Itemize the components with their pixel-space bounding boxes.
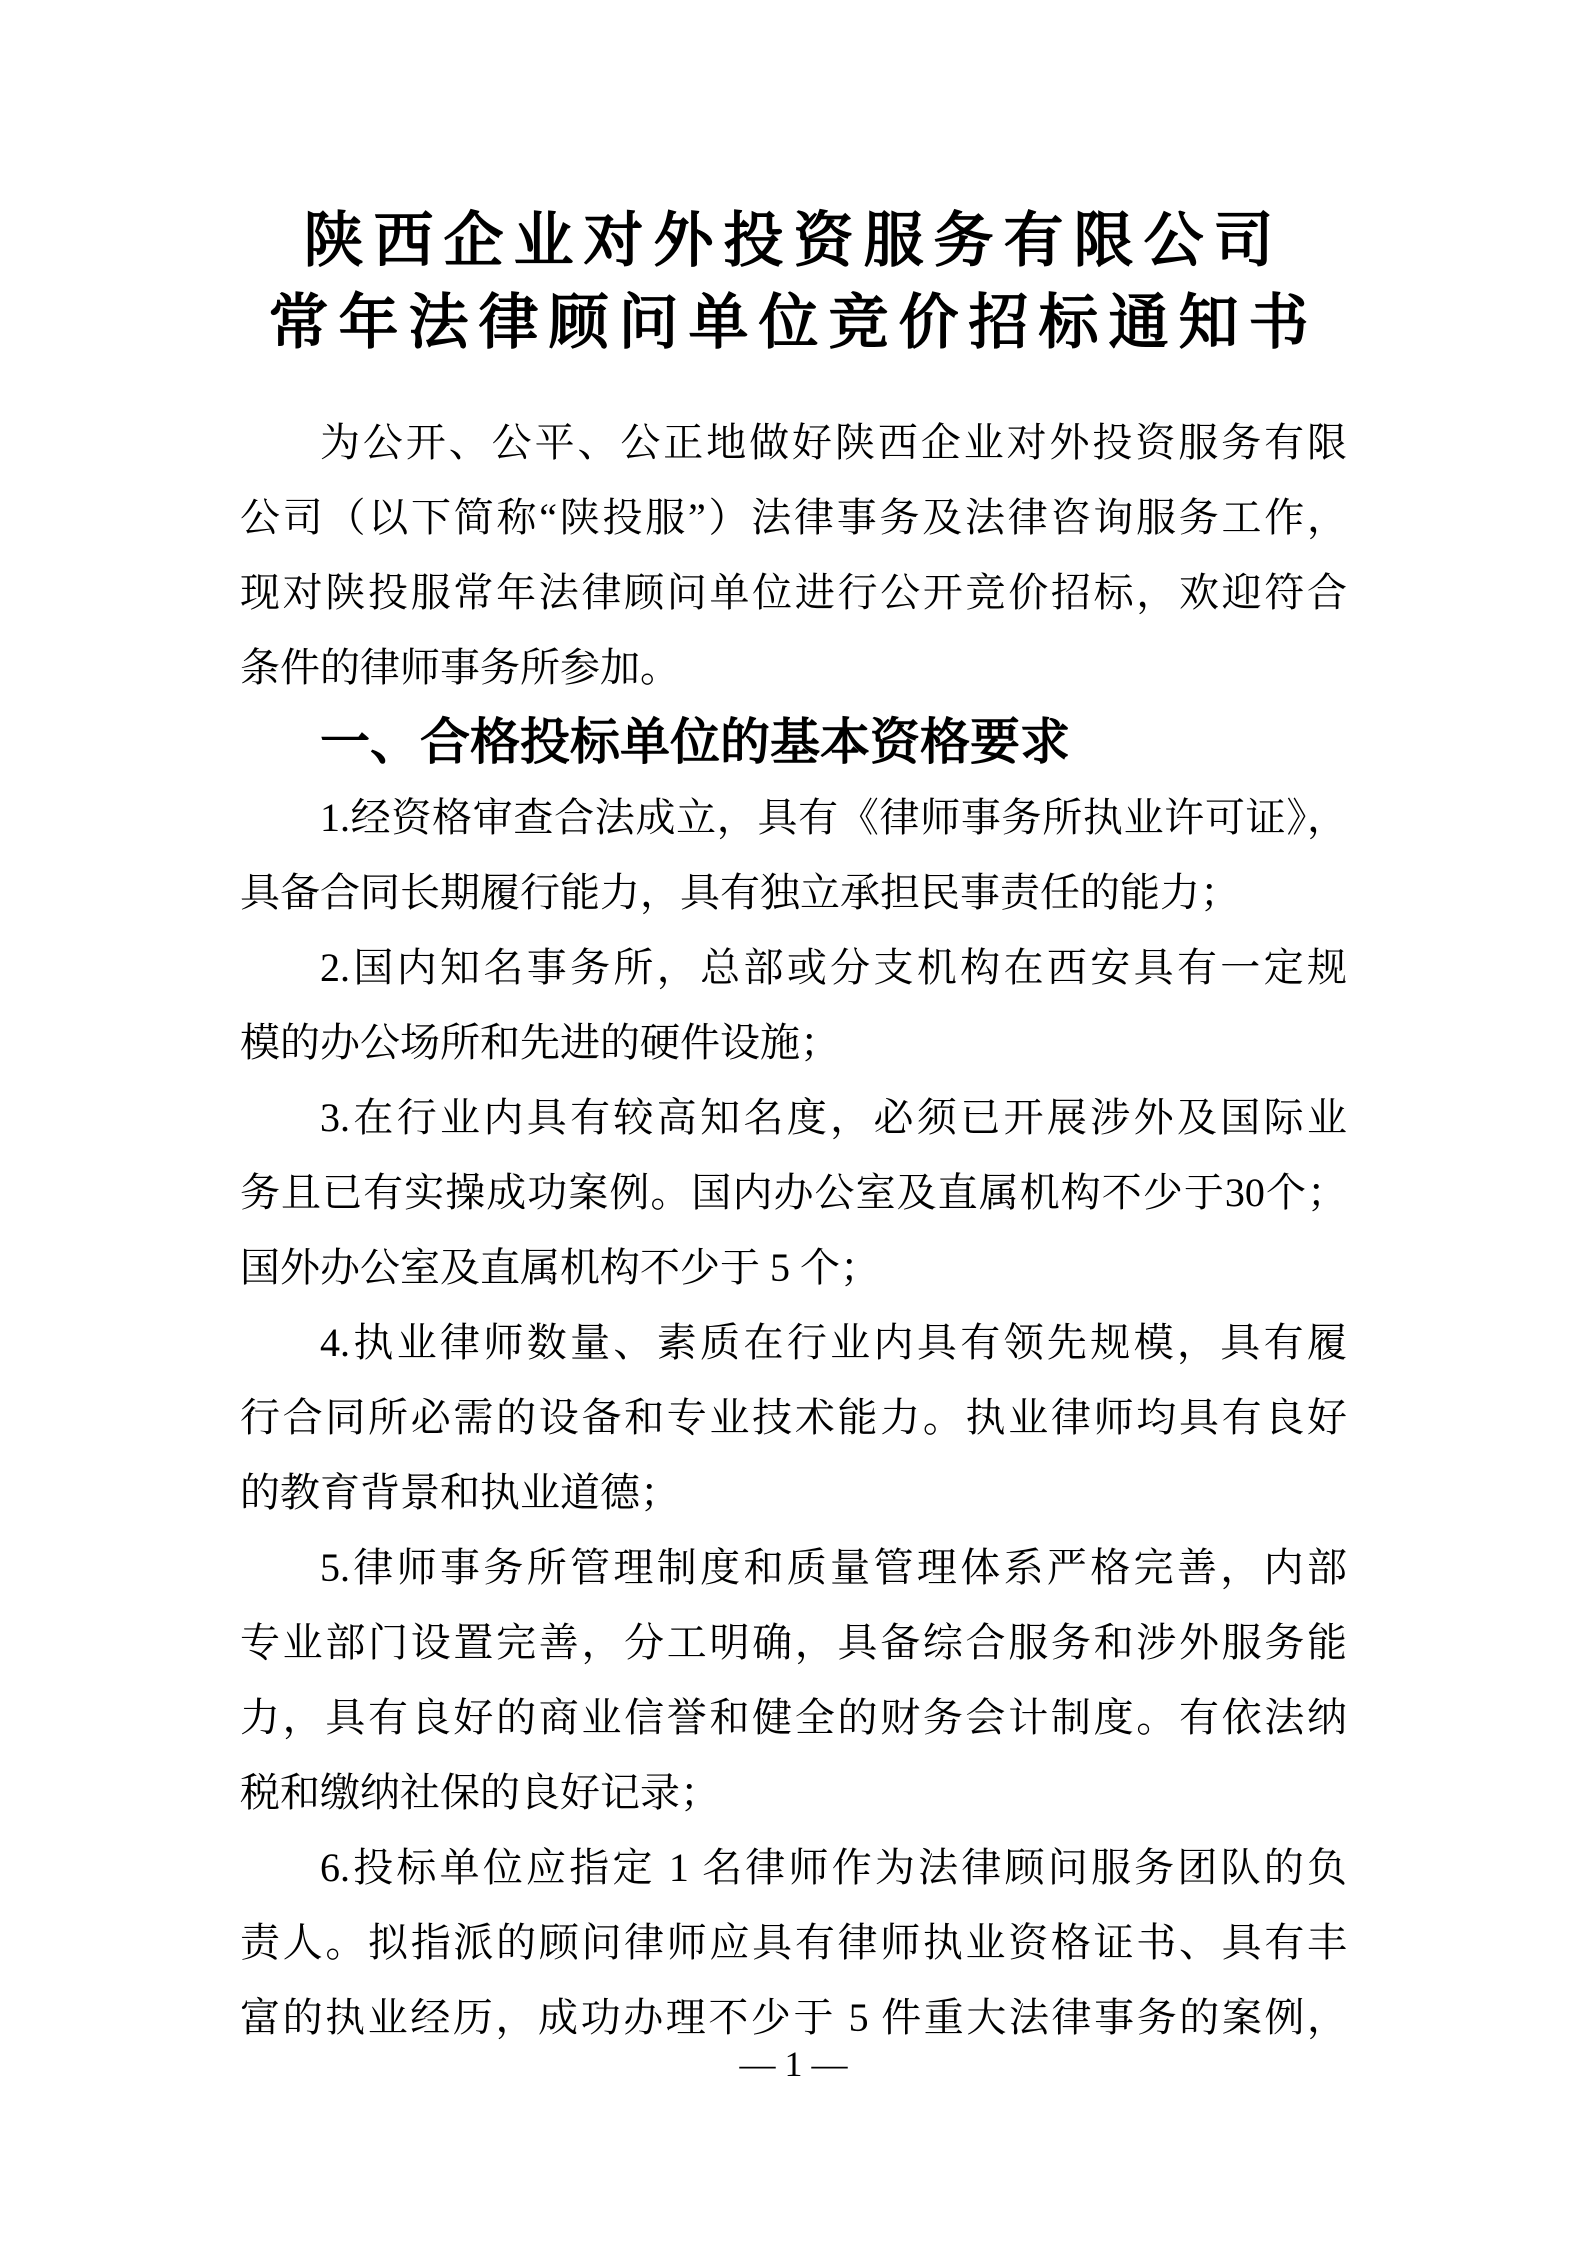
text-line: 的教育背景和执业道德； bbox=[240, 1455, 1347, 1530]
page-footer: — 1 — bbox=[0, 2042, 1587, 2086]
requirement-item-2: 2.国内知名事务所，总部或分支机构在西安具有一定规模的办公场所和先进的硬件设施； bbox=[240, 930, 1347, 1080]
text-line: 力，具有良好的商业信誉和健全的财务会计制度。有依法纳 bbox=[240, 1680, 1347, 1755]
requirement-item-1: 1.经资格审查合法成立，具有《律师事务所执业许可证》，具备合同长期履行能力，具有… bbox=[240, 780, 1347, 930]
text-line: 专业部门设置完善，分工明确，具备综合服务和涉外服务能 bbox=[240, 1605, 1347, 1680]
document-title-line-1: 陕西企业对外投资服务有限公司 bbox=[240, 200, 1347, 282]
text-line: 为公开、公平、公正地做好陕西企业对外投资服务有限 bbox=[240, 405, 1347, 480]
text-line: 6.投标单位应指定 1 名律师作为法律顾问服务团队的负 bbox=[240, 1830, 1347, 1905]
document-title-line-2: 常年法律顾问单位竞价招标通知书 bbox=[240, 282, 1347, 364]
text-line: 2.国内知名事务所，总部或分支机构在西安具有一定规 bbox=[240, 930, 1347, 1005]
text-line: 1.经资格审查合法成立，具有《律师事务所执业许可证》， bbox=[240, 780, 1347, 855]
requirement-item-3: 3.在行业内具有较高知名度，必须已开展涉外及国际业务且已有实操成功案例。国内办公… bbox=[240, 1080, 1347, 1305]
text-line: 现对陕投服常年法律顾问单位进行公开竞价招标，欢迎符合 bbox=[240, 555, 1347, 630]
text-line: 模的办公场所和先进的硬件设施； bbox=[240, 1005, 1347, 1080]
text-line: 条件的律师事务所参加。 bbox=[240, 630, 1347, 705]
document-page: 陕西企业对外投资服务有限公司 常年法律顾问单位竞价招标通知书 为公开、公平、公正… bbox=[0, 0, 1587, 2245]
text-line: 国外办公室及直属机构不少于 5 个； bbox=[240, 1230, 1347, 1305]
text-line: 5.律师事务所管理制度和质量管理体系严格完善，内部 bbox=[240, 1530, 1347, 1605]
text-line: 具备合同长期履行能力，具有独立承担民事责任的能力； bbox=[240, 855, 1347, 930]
text-line: 一、合格投标单位的基本资格要求 bbox=[240, 705, 1347, 780]
text-line: 税和缴纳社保的良好记录； bbox=[240, 1755, 1347, 1830]
requirement-item-5: 5.律师事务所管理制度和质量管理体系严格完善，内部专业部门设置完善，分工明确，具… bbox=[240, 1530, 1347, 1830]
text-line: 公司（以下简称“陕投服”）法律事务及法律咨询服务工作， bbox=[240, 480, 1347, 555]
text-line: 行合同所必需的设备和专业技术能力。执业律师均具有良好 bbox=[240, 1380, 1347, 1455]
text-line: 责人。拟指派的顾问律师应具有律师执业资格证书、具有丰 bbox=[240, 1905, 1347, 1980]
section-1-heading: 一、合格投标单位的基本资格要求 bbox=[240, 705, 1347, 780]
requirement-item-4: 4.执业律师数量、素质在行业内具有领先规模，具有履行合同所必需的设备和专业技术能… bbox=[240, 1305, 1347, 1530]
document-title: 陕西企业对外投资服务有限公司 常年法律顾问单位竞价招标通知书 bbox=[240, 200, 1347, 364]
page-number: — 1 — bbox=[740, 2044, 848, 2084]
document-body: 为公开、公平、公正地做好陕西企业对外投资服务有限公司（以下简称“陕投服”）法律事… bbox=[240, 405, 1347, 2055]
intro-paragraph: 为公开、公平、公正地做好陕西企业对外投资服务有限公司（以下简称“陕投服”）法律事… bbox=[240, 405, 1347, 705]
requirement-item-6: 6.投标单位应指定 1 名律师作为法律顾问服务团队的负责人。拟指派的顾问律师应具… bbox=[240, 1830, 1347, 2055]
text-line: 4.执业律师数量、素质在行业内具有领先规模，具有履 bbox=[240, 1305, 1347, 1380]
text-line: 3.在行业内具有较高知名度，必须已开展涉外及国际业 bbox=[240, 1080, 1347, 1155]
text-line: 务且已有实操成功案例。国内办公室及直属机构不少于30个； bbox=[240, 1155, 1347, 1230]
